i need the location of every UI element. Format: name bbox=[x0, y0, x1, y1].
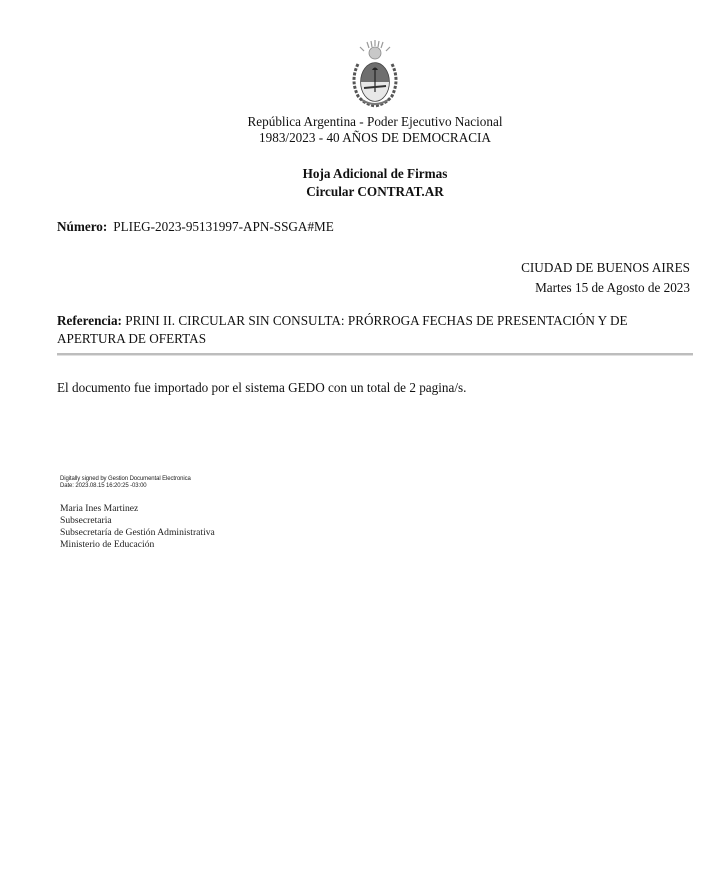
header-line-2: 1983/2023 - 40 AÑOS DE DEMOCRACIA bbox=[0, 130, 720, 146]
signed-by: Digitally signed by Gestion Documental E… bbox=[60, 476, 191, 483]
reference-value: PRINI II. CIRCULAR SIN CONSULTA: PRÓRROG… bbox=[57, 313, 628, 346]
reference-label: Referencia: bbox=[57, 313, 122, 328]
document-number-value: PLIEG-2023-95131997-APN-SSGA#ME bbox=[113, 219, 334, 234]
date: Martes 15 de Agosto de 2023 bbox=[521, 278, 690, 298]
divider bbox=[57, 353, 693, 356]
argentina-coat-of-arms-icon bbox=[348, 38, 402, 110]
document-number-label: Número: bbox=[57, 219, 107, 234]
signer-office: Subsecretaría de Gestión Administrativa bbox=[60, 527, 215, 539]
digital-signature-stamp: Digitally signed by Gestion Documental E… bbox=[60, 476, 191, 489]
reference: Referencia: PRINI II. CIRCULAR SIN CONSU… bbox=[57, 312, 697, 348]
header-line-1: República Argentina - Poder Ejecutivo Na… bbox=[0, 114, 720, 130]
signer-ministry: Ministerio de Educación bbox=[60, 539, 215, 551]
signer-block: Maria Ines Martinez Subsecretaria Subsec… bbox=[60, 503, 215, 551]
document-subtitle: Circular CONTRAT.AR bbox=[0, 183, 720, 201]
city: CIUDAD DE BUENOS AIRES bbox=[521, 258, 690, 278]
signer-role: Subsecretaria bbox=[60, 515, 215, 527]
signer-name: Maria Ines Martinez bbox=[60, 503, 215, 515]
document-title: Hoja Adicional de Firmas bbox=[0, 165, 720, 183]
signature-date: Date: 2023.08.15 16:20:25 -03:00 bbox=[60, 483, 191, 490]
document-number: Número:PLIEG-2023-95131997-APN-SSGA#ME bbox=[57, 219, 334, 235]
body-text: El documento fue importado por el sistem… bbox=[57, 380, 466, 396]
place-and-date: CIUDAD DE BUENOS AIRES Martes 15 de Agos… bbox=[521, 258, 690, 298]
